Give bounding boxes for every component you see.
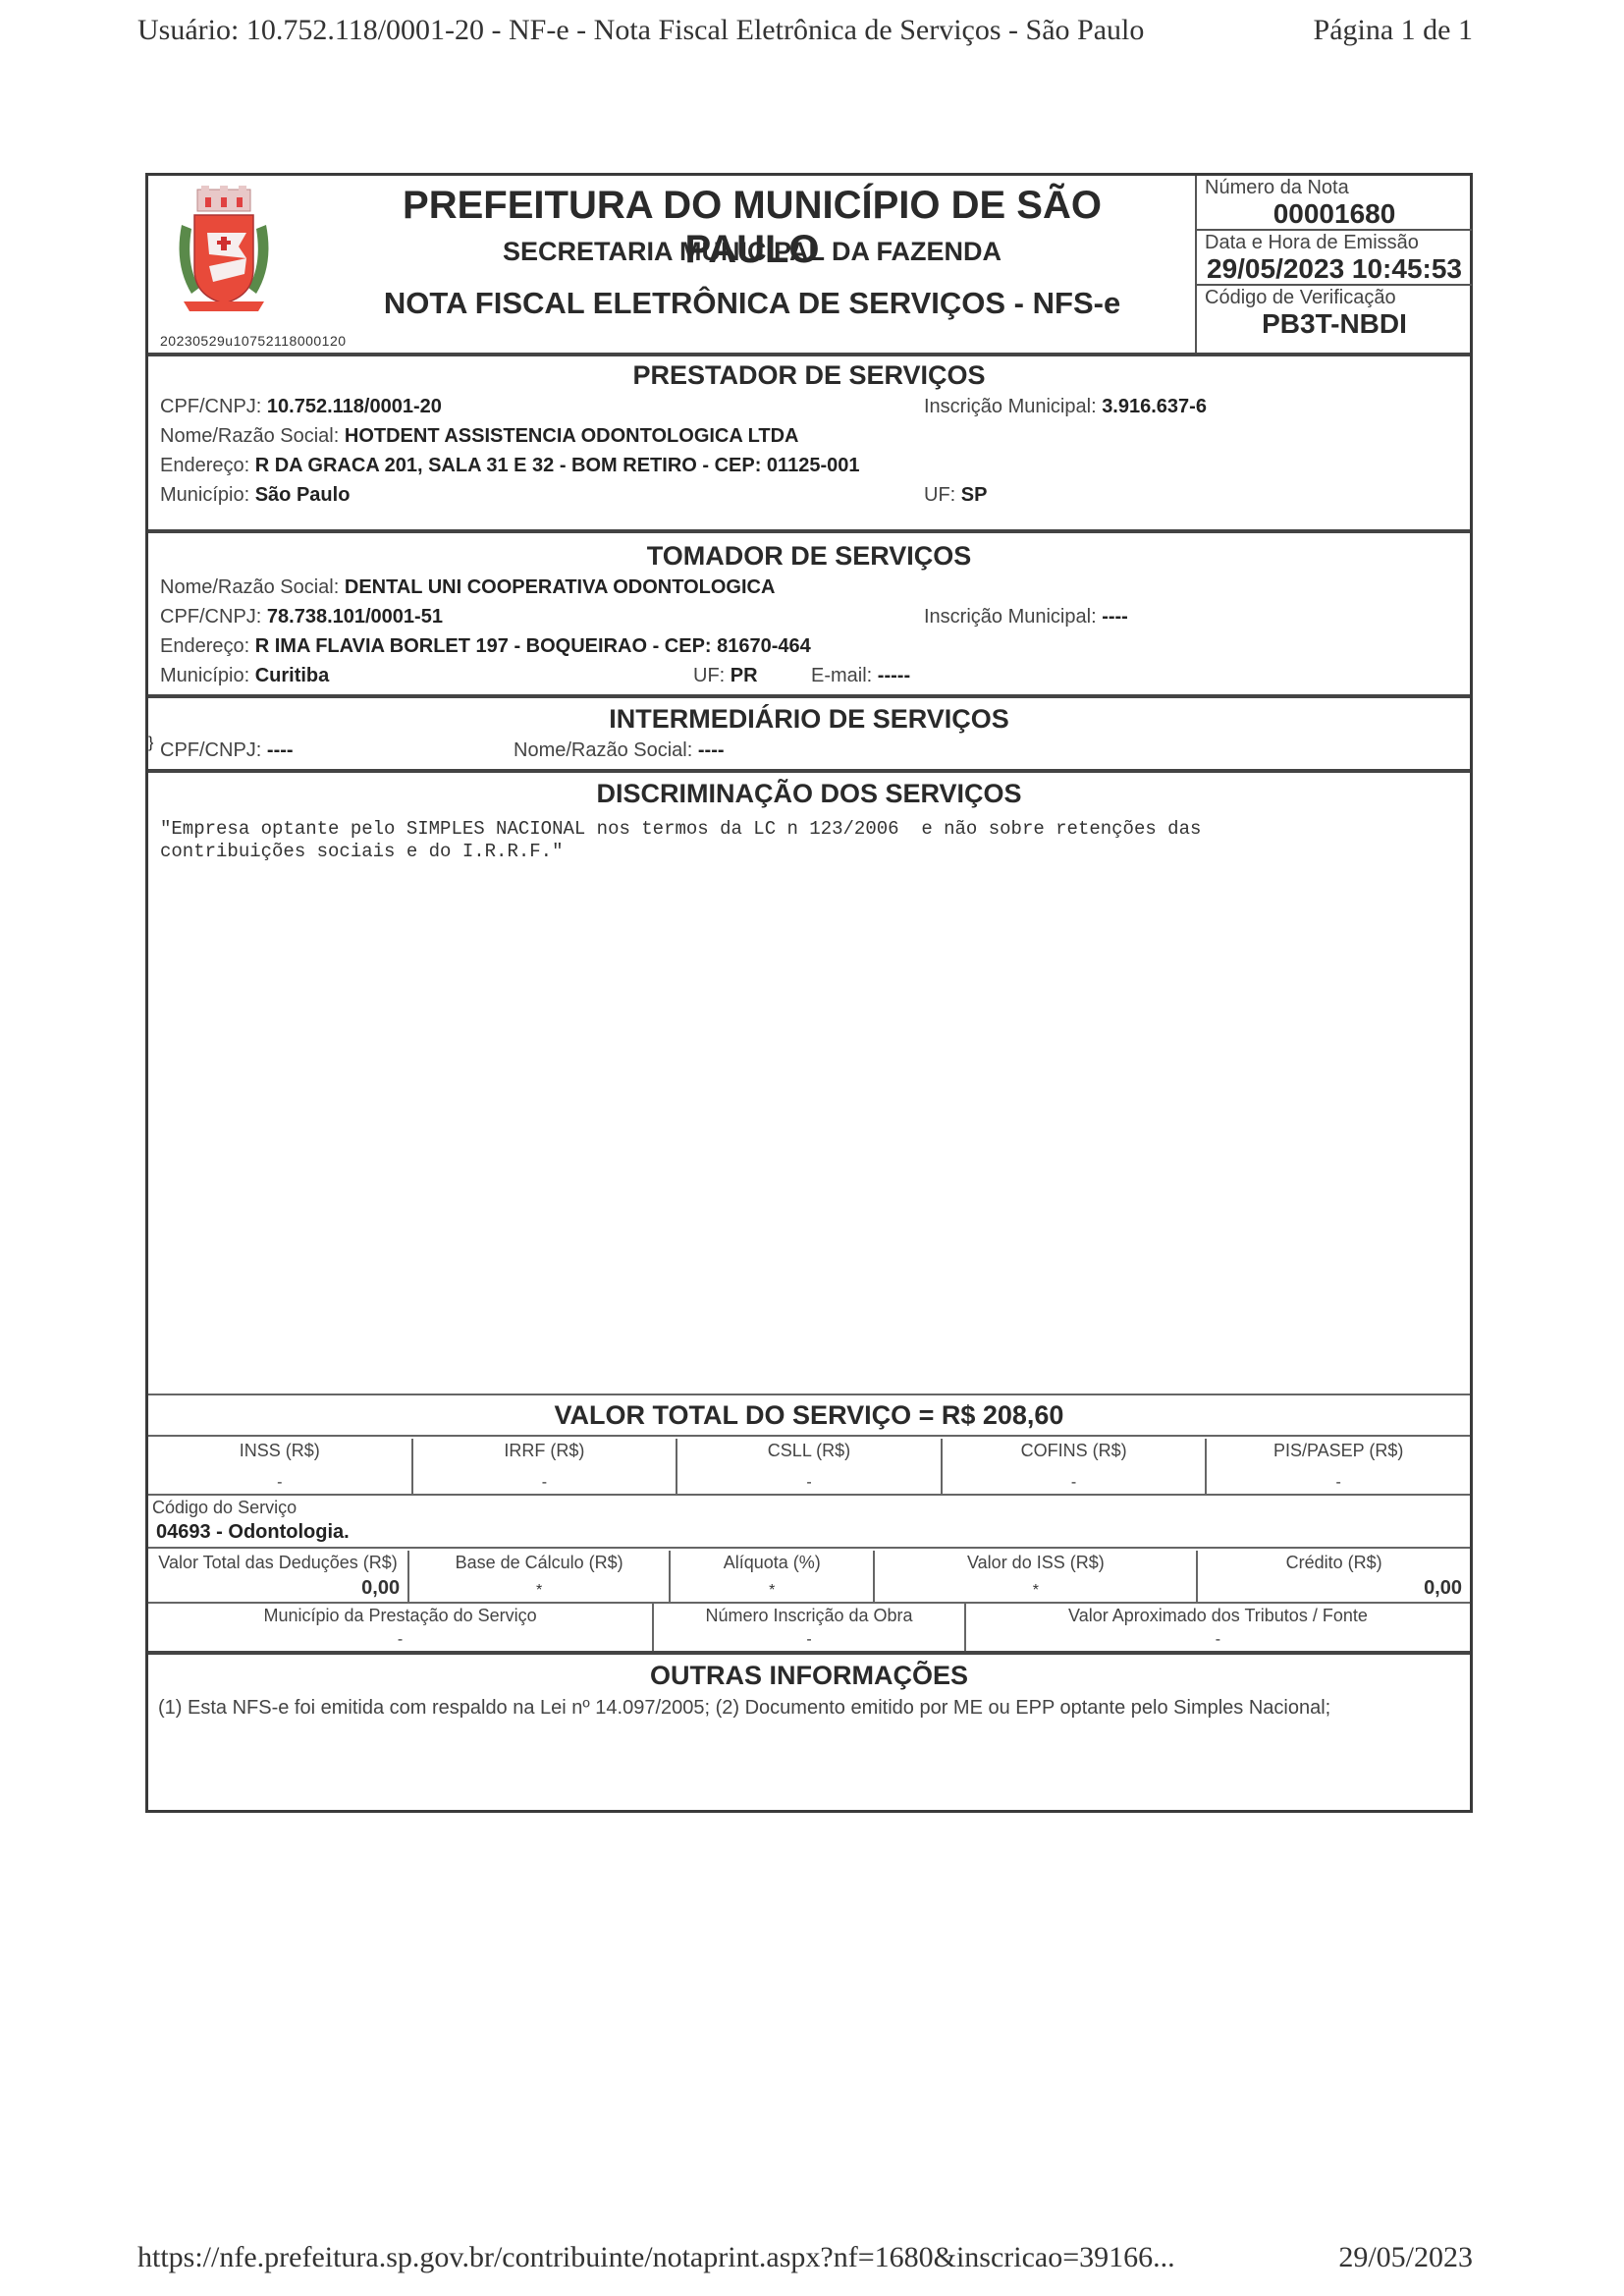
calculo-value: * bbox=[671, 1582, 873, 1600]
local-cell: Número Inscrição da Obra- bbox=[654, 1604, 966, 1651]
codigo-servico-value: 04693 - Odontologia. bbox=[156, 1521, 350, 1544]
calculo-value: 0,00 bbox=[148, 1577, 407, 1600]
prestador-nome: Nome/Razão Social: HOTDENT ASSISTENCIA O… bbox=[160, 425, 798, 448]
tomador-municipio: Município: Curitiba bbox=[160, 665, 329, 687]
retencao-value: - bbox=[677, 1474, 941, 1492]
local-cell: Município da Prestação do Serviço- bbox=[148, 1604, 654, 1651]
discriminacao-text: "Empresa optante pelo SIMPLES NACIONAL n… bbox=[160, 818, 1201, 863]
data-emissao-label: Data e Hora de Emissão bbox=[1197, 231, 1472, 254]
local-label: Município da Prestação do Serviço bbox=[148, 1606, 652, 1626]
discriminacao-section: DISCRIMINAÇÃO DOS SERVIÇOS "Empresa opta… bbox=[148, 777, 1470, 1395]
print-footer-date: 29/05/2023 bbox=[1338, 2241, 1473, 2274]
calculo-cell: Base de Cálculo (R$)* bbox=[409, 1551, 671, 1602]
prestador-endereco: Endereço: R DA GRACA 201, SALA 31 E 32 -… bbox=[160, 455, 859, 477]
intermediario-cnpj: CPF/CNPJ: ---- bbox=[160, 739, 294, 762]
local-value: - bbox=[654, 1631, 964, 1649]
data-emissao-value: 29/05/2023 10:45:53 bbox=[1197, 254, 1472, 286]
print-header-title: Usuário: 10.752.118/0001-20 - NF-e - Not… bbox=[137, 14, 1144, 47]
retencao-cell: COFINS (R$)- bbox=[943, 1439, 1208, 1494]
valor-total-section: VALOR TOTAL DO SERVIÇO = R$ 208,60 bbox=[148, 1397, 1470, 1437]
prestador-municipio: Município: São Paulo bbox=[160, 484, 350, 507]
calculo-label: Base de Cálculo (R$) bbox=[409, 1553, 669, 1573]
tomador-title: TOMADOR DE SERVIÇOS bbox=[148, 541, 1470, 572]
tomador-endereco: Endereço: R IMA FLAVIA BORLET 197 - BOQU… bbox=[160, 635, 811, 658]
retencao-cell: CSLL (R$)- bbox=[677, 1439, 943, 1494]
retencao-label: IRRF (R$) bbox=[413, 1441, 677, 1461]
local-row: Município da Prestação do Serviço-Número… bbox=[148, 1604, 1470, 1655]
local-value: - bbox=[966, 1631, 1470, 1649]
calculo-cell: Alíquota (%)* bbox=[671, 1551, 875, 1602]
print-footer: https://nfe.prefeitura.sp.gov.br/contrib… bbox=[137, 2241, 1473, 2274]
prestador-inscricao: Inscrição Municipal: 3.916.637-6 bbox=[924, 396, 1207, 418]
outras-section: OUTRAS INFORMAÇÕES (1) Esta NFS-e foi em… bbox=[148, 1659, 1470, 1810]
title-nfse: NOTA FISCAL ELETRÔNICA DE SERVIÇOS - NFS… bbox=[345, 286, 1160, 321]
document-header: 20230529u10752118000120 PREFEITURA DO MU… bbox=[148, 176, 1470, 356]
title-secretaria: SECRETARIA MUNICIPAL DA FAZENDA bbox=[345, 237, 1160, 267]
retencao-value: - bbox=[148, 1474, 411, 1492]
print-header: Usuário: 10.752.118/0001-20 - NF-e - Not… bbox=[137, 14, 1473, 47]
local-cell: Valor Aproximado dos Tributos / Fonte- bbox=[966, 1604, 1470, 1651]
retencao-label: CSLL (R$) bbox=[677, 1441, 941, 1461]
retencao-cell: INSS (R$)- bbox=[148, 1439, 413, 1494]
retencao-value: - bbox=[943, 1474, 1206, 1492]
calculo-label: Valor do ISS (R$) bbox=[875, 1553, 1196, 1573]
tomador-uf: UF: PR bbox=[693, 665, 758, 687]
intermediario-section: INTERMEDIÁRIO DE SERVIÇOS CPF/CNPJ: ----… bbox=[148, 702, 1470, 773]
tomador-inscricao: Inscrição Municipal: ---- bbox=[924, 606, 1128, 629]
nfse-document: 20230529u10752118000120 PREFEITURA DO MU… bbox=[145, 173, 1473, 1813]
retencao-value: - bbox=[1207, 1474, 1470, 1492]
calculo-cell: Valor do ISS (R$)* bbox=[875, 1551, 1198, 1602]
retencao-label: COFINS (R$) bbox=[943, 1441, 1206, 1461]
calculo-value: * bbox=[875, 1582, 1196, 1600]
tomador-cnpj: CPF/CNPJ: 78.738.101/0001-51 bbox=[160, 606, 443, 629]
calculo-label: Valor Total das Deduções (R$) bbox=[148, 1553, 407, 1573]
local-label: Valor Aproximado dos Tributos / Fonte bbox=[966, 1606, 1470, 1626]
outras-title: OUTRAS INFORMAÇÕES bbox=[148, 1661, 1470, 1691]
calculo-label: Alíquota (%) bbox=[671, 1553, 873, 1573]
numero-nota-label: Número da Nota bbox=[1197, 176, 1472, 199]
coat-of-arms-icon bbox=[170, 186, 278, 323]
local-value: - bbox=[148, 1631, 652, 1649]
retencao-label: PIS/PASEP (R$) bbox=[1207, 1441, 1470, 1461]
codigo-servico-section: Código do Serviço 04693 - Odontologia. bbox=[148, 1496, 1470, 1549]
codigo-verificacao-value: PB3T-NBDI bbox=[1197, 309, 1472, 339]
retencao-cell: PIS/PASEP (R$)- bbox=[1207, 1439, 1470, 1494]
calculo-label: Crédito (R$) bbox=[1198, 1553, 1470, 1573]
codigo-servico-label: Código do Serviço bbox=[152, 1498, 297, 1518]
prestador-uf: UF: SP bbox=[924, 484, 987, 507]
codigo-verificacao-label: Código de Verificação bbox=[1197, 286, 1472, 309]
retencao-label: INSS (R$) bbox=[148, 1441, 411, 1461]
intermediario-nome: Nome/Razão Social: ---- bbox=[514, 739, 725, 762]
calculo-value: * bbox=[409, 1582, 669, 1600]
retencao-cell: IRRF (R$)- bbox=[413, 1439, 678, 1494]
calculo-row: Valor Total das Deduções (R$)0,00Base de… bbox=[148, 1551, 1470, 1604]
tomador-section: TOMADOR DE SERVIÇOS Nome/Razão Social: D… bbox=[148, 537, 1470, 698]
retencoes-row: INSS (R$)-IRRF (R$)-CSLL (R$)-COFINS (R$… bbox=[148, 1439, 1470, 1496]
intermediario-title: INTERMEDIÁRIO DE SERVIÇOS bbox=[148, 704, 1470, 735]
print-header-page: Página 1 de 1 bbox=[1314, 14, 1473, 47]
retencao-value: - bbox=[413, 1474, 677, 1492]
prestador-title: PRESTADOR DE SERVIÇOS bbox=[148, 360, 1470, 391]
prestador-cnpj: CPF/CNPJ: 10.752.118/0001-20 bbox=[160, 396, 442, 418]
outras-text: (1) Esta NFS-e foi emitida com respaldo … bbox=[158, 1696, 1435, 1720]
tomador-nome: Nome/Razão Social: DENTAL UNI COOPERATIV… bbox=[160, 576, 775, 599]
tomador-email: E-mail: ----- bbox=[811, 665, 910, 687]
local-label: Número Inscrição da Obra bbox=[654, 1606, 964, 1626]
nota-info-box: Número da Nota 00001680 Data e Hora de E… bbox=[1195, 176, 1472, 353]
valor-total: VALOR TOTAL DO SERVIÇO = R$ 208,60 bbox=[148, 1400, 1470, 1431]
numero-nota-value: 00001680 bbox=[1197, 199, 1472, 231]
prestador-section: PRESTADOR DE SERVIÇOS CPF/CNPJ: 10.752.1… bbox=[148, 356, 1470, 533]
discriminacao-title: DISCRIMINAÇÃO DOS SERVIÇOS bbox=[148, 779, 1470, 809]
calculo-value: 0,00 bbox=[1198, 1577, 1470, 1600]
calculo-cell: Crédito (R$)0,00 bbox=[1198, 1551, 1470, 1602]
calculo-cell: Valor Total das Deduções (R$)0,00 bbox=[148, 1551, 409, 1602]
print-footer-url[interactable]: https://nfe.prefeitura.sp.gov.br/contrib… bbox=[137, 2241, 1175, 2274]
barcode-text: 20230529u10752118000120 bbox=[160, 333, 347, 349]
